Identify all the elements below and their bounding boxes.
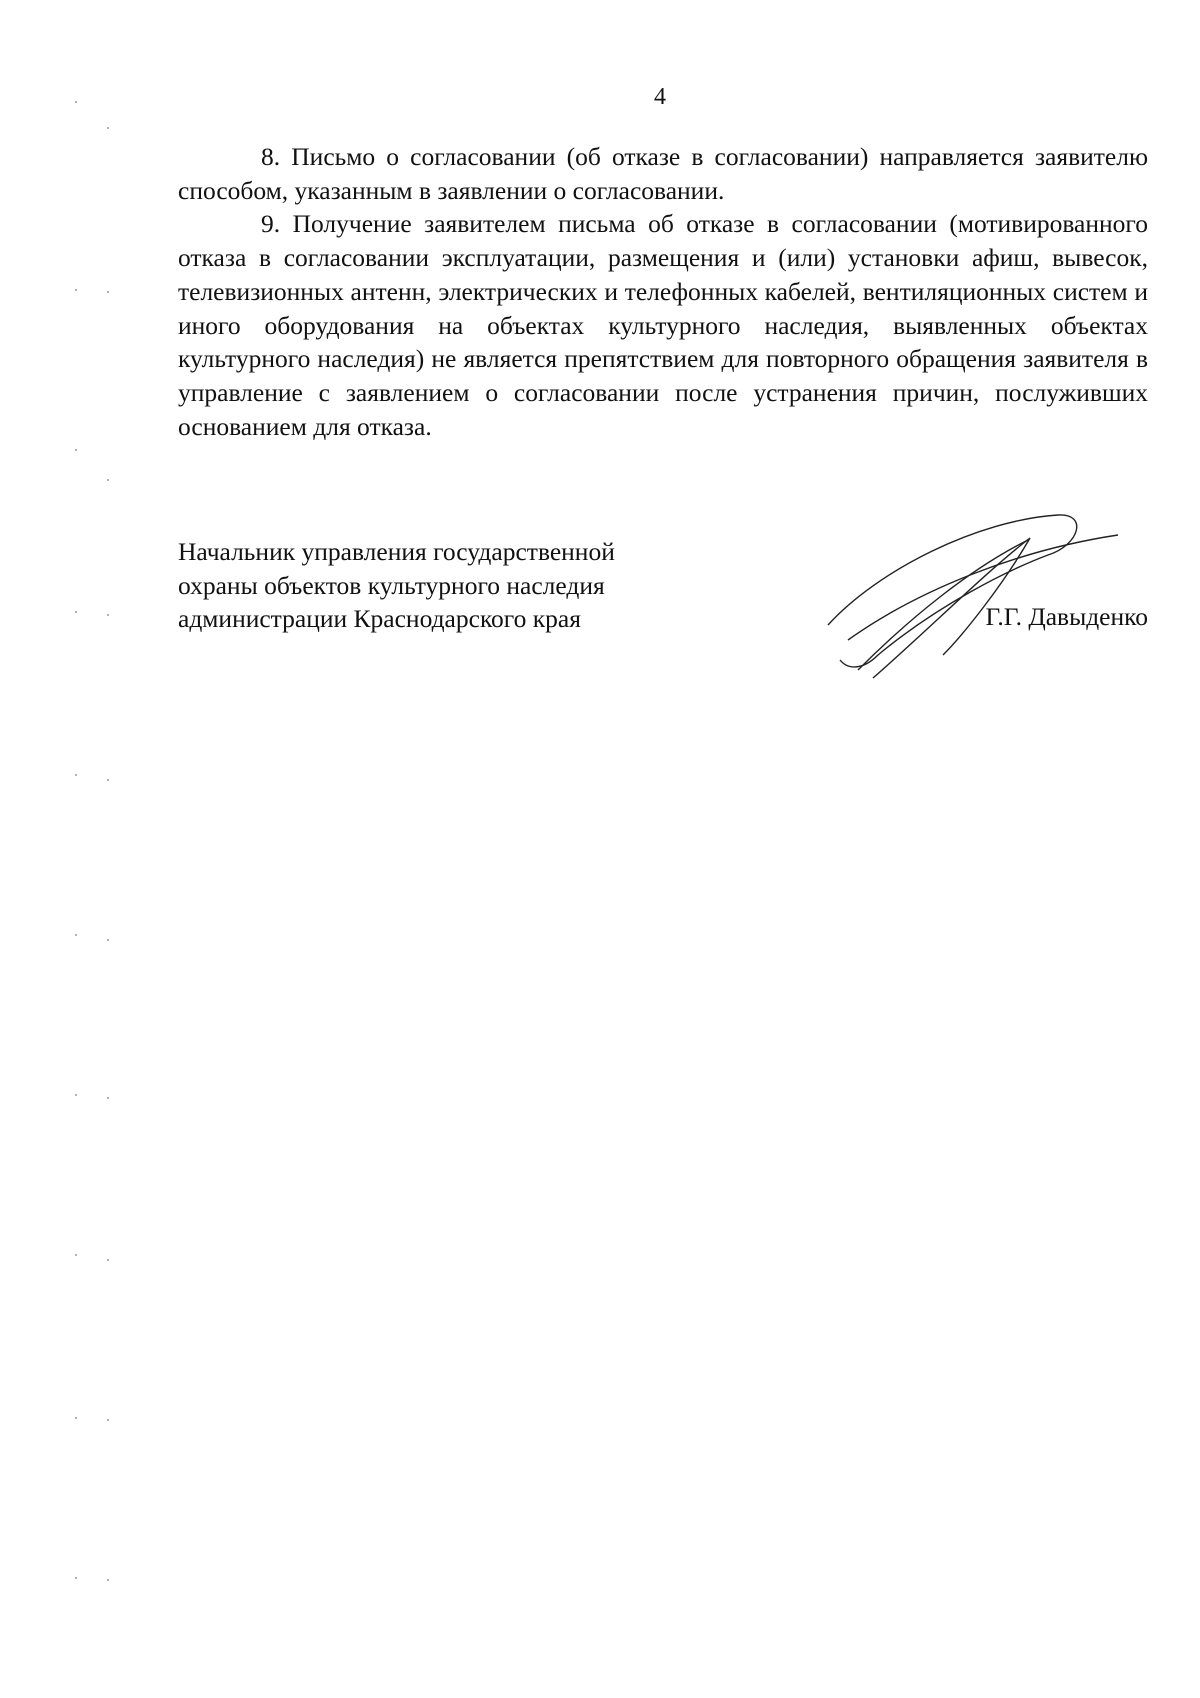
signer-name: Г.Г. Давыденко — [985, 602, 1148, 632]
position-line-1: Начальник управления государственной — [178, 535, 615, 569]
position-line-3: администрации Краснодарского края — [178, 602, 615, 636]
scan-margin-dots — [0, 0, 130, 1698]
position-line-2: охраны объектов культурного наследия — [178, 569, 615, 603]
signature-block: Начальник управления государственной охр… — [178, 535, 1148, 675]
document-body: 8. Письмо о согласовании (об отказе в со… — [178, 140, 1148, 443]
signer-position: Начальник управления государственной охр… — [178, 535, 615, 636]
paragraph-8: 8. Письмо о согласовании (об отказе в со… — [178, 140, 1148, 207]
handwritten-signature-icon — [818, 510, 1128, 680]
paragraph-9: 9. Получение заявителем письма об отказе… — [178, 207, 1148, 443]
page-number: 4 — [0, 84, 1200, 111]
